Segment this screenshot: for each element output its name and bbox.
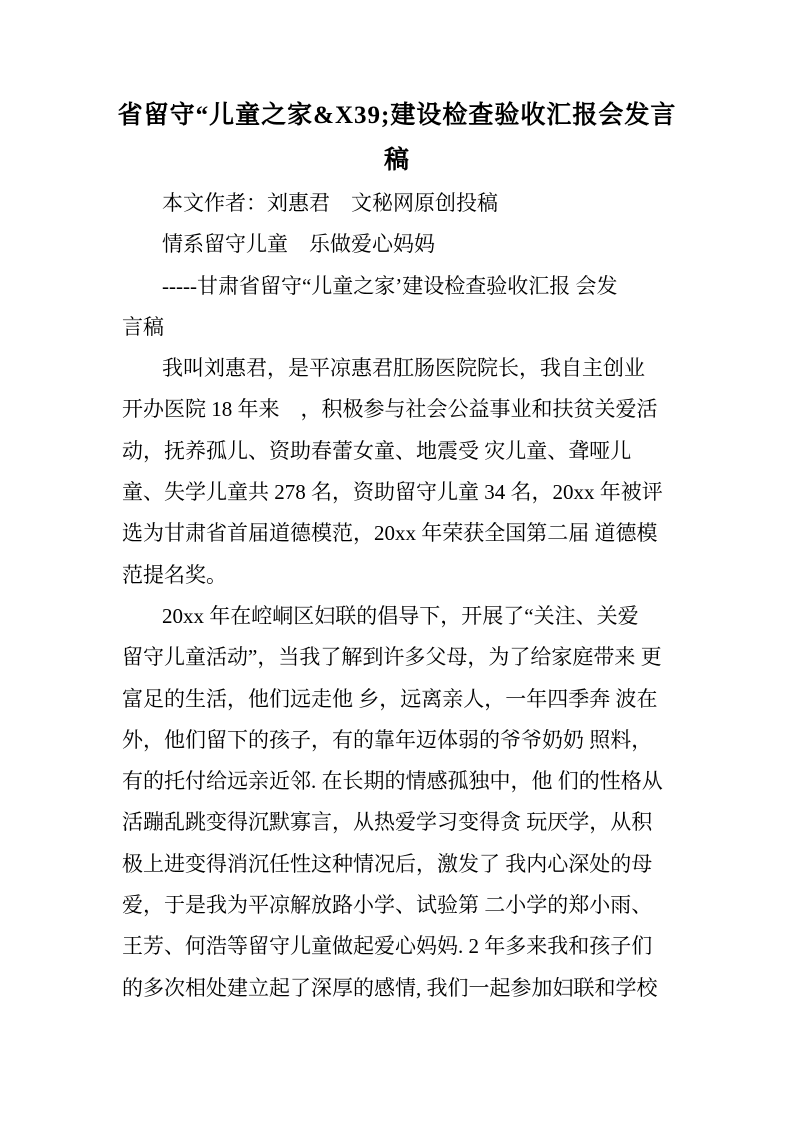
title-line: 稿: [117, 138, 677, 183]
text-line: 动，抚养孤儿、资助春蕾女童、地震受 灾儿童、聋哑儿: [122, 431, 682, 472]
document-body: 本文作者：刘惠君 文秘网原创投稿情系留守儿童 乐做爱心妈妈-----甘肃省留守“…: [122, 183, 682, 1009]
text-line: 有的托付给远亲近邻. 在长期的情感孤独中，他 们的性格从: [122, 761, 682, 802]
text-line: 20xx 年在崆峒区妇联的倡导下，开展了“关注、关爱: [122, 596, 682, 637]
text-line: 本文作者：刘惠君 文秘网原创投稿: [122, 183, 682, 224]
text-line: 留守儿童活动”，当我了解到许多父母，为了给家庭带来 更: [122, 637, 682, 678]
text-line: 极上进变得消沉任性这种情况后，激发了 我内心深处的母: [122, 844, 682, 885]
text-line: 活蹦乱跳变得沉默寡言，从热爱学习变得贪 玩厌学，从积: [122, 802, 682, 843]
document-page: 省留守“儿童之家&X39;建设检查验收汇报会发言稿 本文作者：刘惠君 文秘网原创…: [0, 0, 794, 1123]
text-line: 的多次相处建立起了深厚的感情, 我们一起参加妇联和学校: [122, 968, 682, 1009]
text-line: 情系留守儿童 乐做爱心妈妈: [122, 224, 682, 265]
document-title: 省留守“儿童之家&X39;建设检查验收汇报会发言稿: [117, 0, 677, 183]
text-line: 范提名奖。: [122, 555, 682, 596]
text-line: 王芳、何浩等留守儿童做起爱心妈妈. 2 年多来我和孩子们: [122, 926, 682, 967]
text-line: 选为甘肃省首届道德模范，20xx 年荣获全国第二届 道德模: [122, 513, 682, 554]
text-line: 我叫刘惠君，是平凉惠君肛肠医院院长，我自主创业: [122, 348, 682, 389]
text-line: 开办医院 18 年来 ，积极参与社会公益事业和扶贫关爱活: [122, 389, 682, 430]
text-line: 外，他们留下的孩子，有的靠年迈体弱的爷爷奶奶 照料，: [122, 720, 682, 761]
text-line: 童、失学儿童共 278 名，资助留守儿童 34 名，20xx 年被评: [122, 472, 682, 513]
text-line: 爱，于是我为平凉解放路小学、试验第 二小学的郑小雨、: [122, 885, 682, 926]
text-line: -----甘肃省留守“儿童之家’建设检查验收汇报 会发: [122, 266, 682, 307]
title-line: 省留守“儿童之家&X39;建设检查验收汇报会发言: [117, 93, 677, 138]
text-line: 富足的生活，他们远走他 乡，远离亲人，一年四季奔 波在: [122, 679, 682, 720]
text-line: 言稿: [122, 307, 682, 348]
